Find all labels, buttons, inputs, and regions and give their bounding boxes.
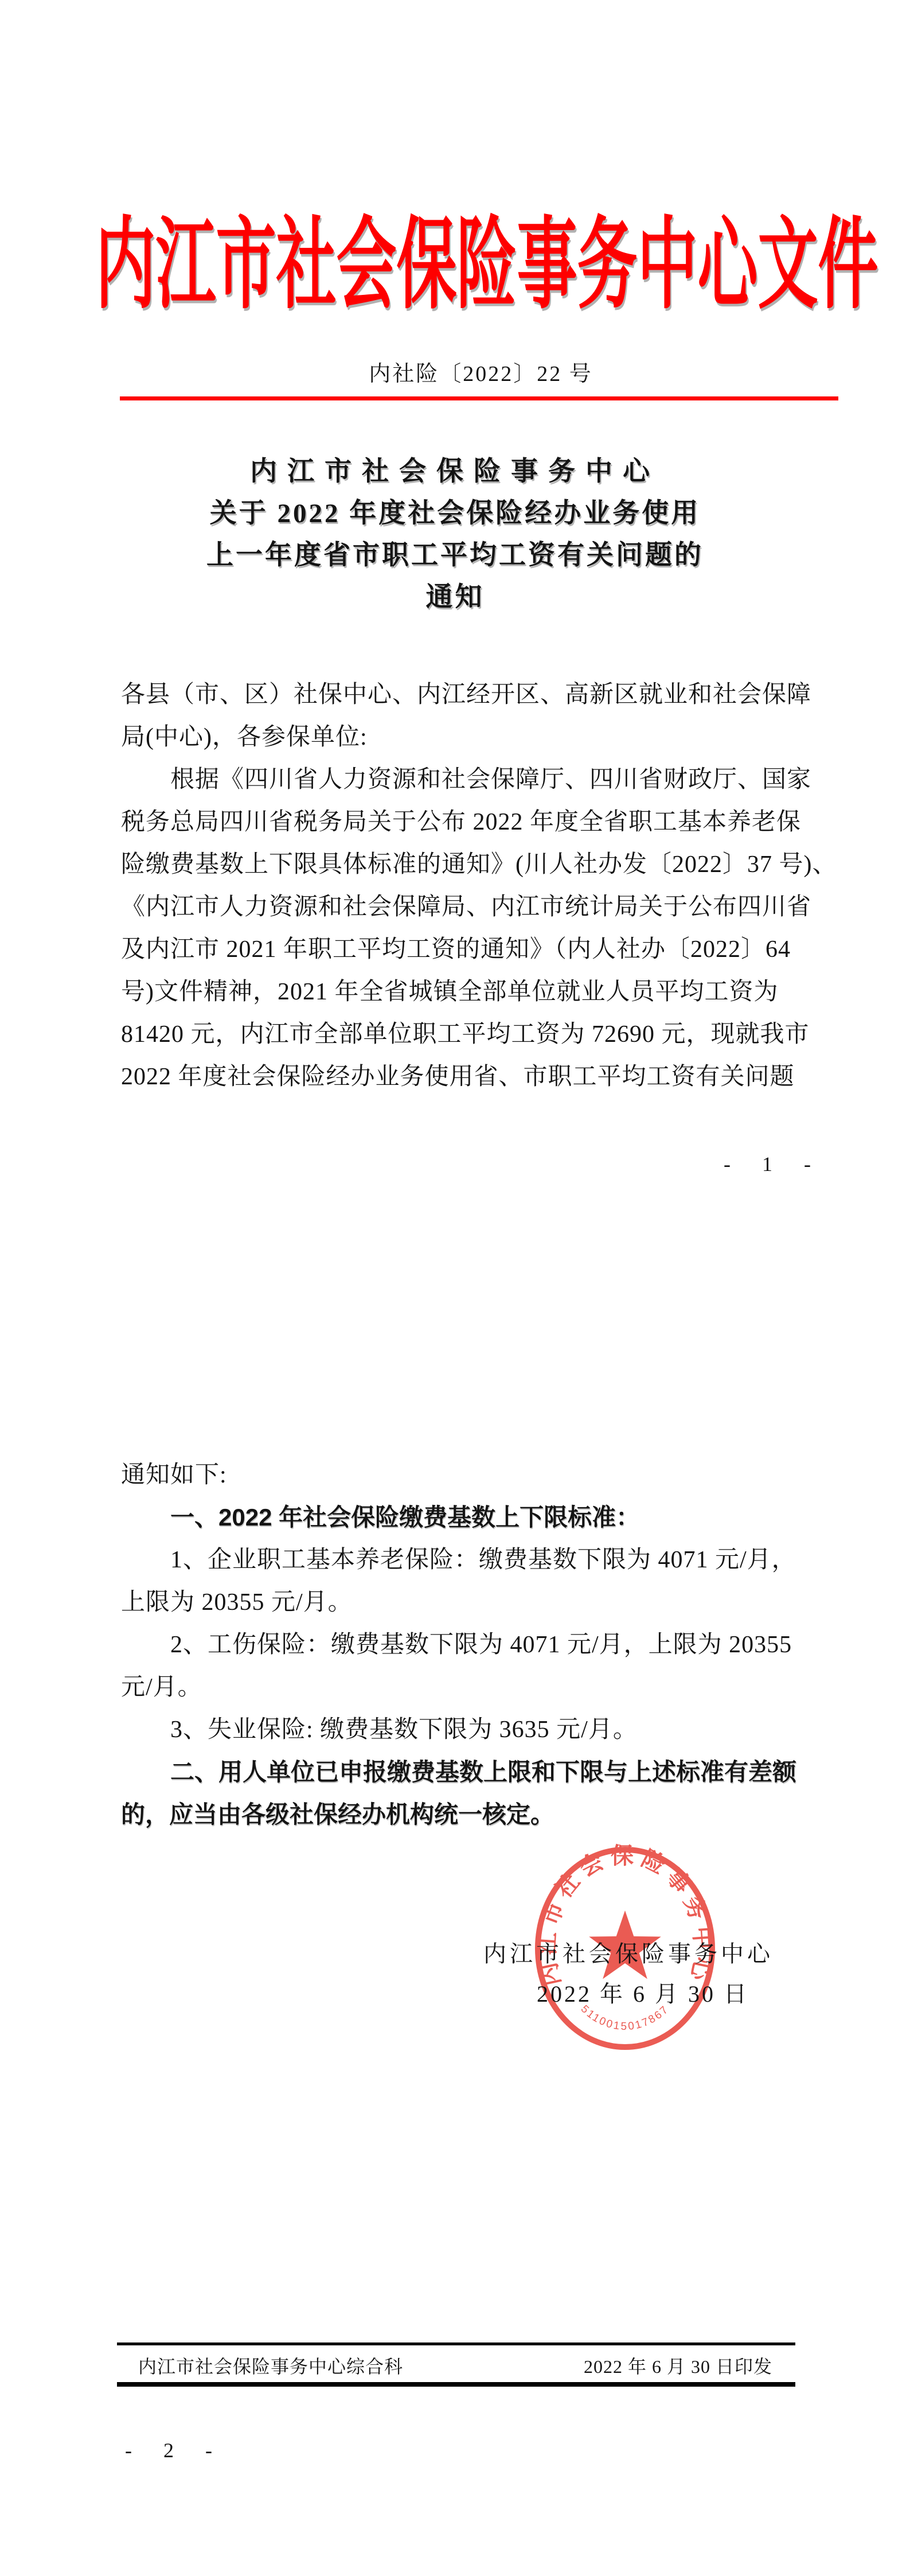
body-line: 根据《四川省人力资源和社会保障厅、四川省财政厅、国家 (121, 758, 815, 801)
signature-date: 2022 年 6 月 30 日 (537, 1976, 749, 2009)
body-line: 上限为 20355 元/月。 (121, 1581, 815, 1624)
document-number: 内社险〔2022〕22 号 (52, 356, 910, 387)
letterhead-title: 内江市社会保险事务中心文件 (95, 208, 878, 324)
body-line: 及内江市 2021 年职工平均工资的通知》（内人社办〔2022〕64 (121, 928, 815, 971)
title-line: 关于 2022 年度社会保险经办业务使用 (0, 493, 910, 535)
red-divider (120, 396, 838, 400)
title-line: 通知 (0, 577, 910, 618)
footer-divider-bottom (117, 2382, 795, 2387)
body-line: 元/月。 (121, 1666, 815, 1709)
body-line: 1、企业职工基本养老保险：缴费基数下限为 4071 元/月， (121, 1539, 815, 1581)
salutation-line: 各县（市、区）社保中心、内江经开区、高新区就业和社会保障 (121, 674, 815, 716)
body-line: 2022 年度社会保险经办业务使用省、市职工平均工资有关问题 (121, 1056, 815, 1098)
body-line: 3、失业保险: 缴费基数下限为 3635 元/月。 (121, 1709, 815, 1751)
body-line: 险缴费基数上下限具体标准的通知》(川人社办发〔2022〕37 号)、 (121, 843, 815, 886)
title-line: 内江市社会保险事务中心 (0, 451, 910, 493)
page2-body: 通知如下: 一、2022 年社会保险缴费基数上下限标准： 1、企业职工基本养老保… (121, 1454, 815, 1836)
body-line: 81420 元，内江市全部单位职工平均工资为 72690 元，现就我市 (121, 1013, 815, 1056)
page1-body: 各县（市、区）社保中心、内江经开区、高新区就业和社会保障 局(中心)，各参保单位… (121, 674, 815, 1098)
page-number-2: - 2 - (125, 2438, 221, 2462)
section-heading: 二、用人单位已申报缴费基数上限和下限与上述标准有差额 (121, 1751, 815, 1793)
document-title: 内江市社会保险事务中心 关于 2022 年度社会保险经办业务使用 上一年度省市职… (0, 451, 910, 618)
section-heading: 一、2022 年社会保险缴费基数上下限标准： (121, 1496, 815, 1539)
body-line: 号)文件精神，2021 年全省城镇全部单位就业人员平均工资为 (121, 971, 815, 1013)
section-heading: 的，应当由各级社保经办机构统一核定。 (121, 1793, 815, 1836)
body-line: 2、工伤保险：缴费基数下限为 4071 元/月，上限为 20355 (121, 1624, 815, 1666)
footer-print-date: 2022 年 6 月 30 日印发 (584, 2352, 772, 2379)
page-number-1: - 1 - (724, 1152, 820, 1176)
body-line: 《内江市人力资源和社会保障局、内江市统计局关于公布四川省 (121, 886, 815, 928)
footer-divider-top (117, 2342, 795, 2345)
document-page: 内江市社会保险事务中心文件 内社险〔2022〕22 号 内江市社会保险事务中心 … (0, 0, 910, 2576)
footer-department: 内江市社会保险事务中心综合科 (138, 2352, 403, 2379)
salutation-line: 局(中心)，各参保单位: (121, 716, 815, 758)
letterhead: 内江市社会保险事务中心文件 (32, 208, 910, 308)
signature: 内江市社会保险事务中心 (483, 1936, 774, 1968)
body-line: 税务总局四川省税务局关于公布 2022 年度全省职工基本养老保 (121, 801, 815, 843)
body-line: 通知如下: (121, 1454, 815, 1496)
title-line: 上一年度省市职工平均工资有关问题的 (0, 535, 910, 577)
